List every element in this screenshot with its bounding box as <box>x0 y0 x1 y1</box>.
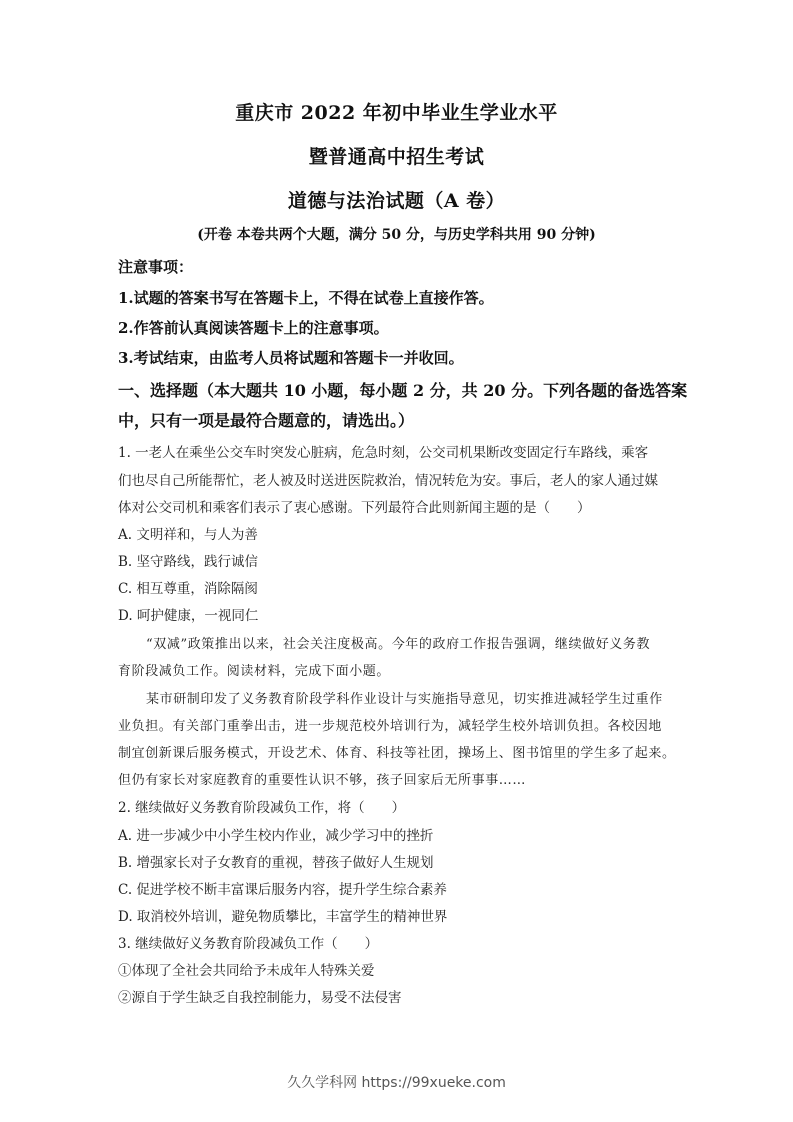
material-body: 但仍有家长对家庭教育的重要性认识不够，孩子回家后无所事事…… <box>118 769 678 788</box>
question-1-stem: 体对公交司机和乘客们表示了衷心感谢。下列最符合此则新闻主题的是（ ） <box>118 496 678 516</box>
footer-watermark: 久久学科网 https://99xueke.com <box>0 1072 793 1092</box>
exam-page: 重庆市 2022 年初中毕业生学业水平 暨普通高中招生考试 道德与法治试题（A … <box>0 0 793 1122</box>
material-body: 制宜创新课后服务模式，开设艺术、体育、科技等社团，操场上、图书馆里的学生多了起来… <box>118 742 678 761</box>
section-heading-cont: 中，只有一项是最符合题意的，请选出。） <box>118 408 678 431</box>
exam-note: (开卷 本卷共两个大题，满分 50 分，与历史学科共用 90 分钟) <box>0 224 793 244</box>
question-3-statement-1: ①体现了全社会共同给予未成年人特殊关爱 <box>118 959 678 979</box>
exam-subject-title: 道德与法治试题（A 卷） <box>0 186 793 213</box>
question-1-option-b: B. 坚守路线，践行诚信 <box>118 550 678 570</box>
material-body: 业负担。有关部门重拳出击，进一步规范校外培训行为，减轻学生校外培训负担。各校因地 <box>118 715 678 734</box>
exam-title-line-1: 重庆市 2022 年初中毕业生学业水平 <box>0 98 793 125</box>
notice-item: 1.试题的答案书写在答题卡上，不得在试卷上直接作答。 <box>118 287 678 308</box>
question-1-option-a: A. 文明祥和，与人为善 <box>118 523 678 543</box>
question-2-stem: 2. 继续做好义务教育阶段减负工作，将（ ） <box>118 796 678 816</box>
question-1-option-c: C. 相互尊重，消除隔阂 <box>118 577 678 597</box>
question-3-stem: 3. 继续做好义务教育阶段减负工作（ ） <box>118 932 678 952</box>
question-2-option-c: C. 促进学校不断丰富课后服务内容，提升学生综合素养 <box>118 878 678 898</box>
material-intro: 育阶段减负工作。阅读材料，完成下面小题。 <box>118 660 678 679</box>
material-body: 某市研制印发了义务教育阶段学科作业设计与实施指导意见，切实推进减轻学生过重作 <box>146 688 706 707</box>
question-1-option-d: D. 呵护健康，一视同仁 <box>118 604 678 624</box>
question-2-option-b: B. 增强家长对子女教育的重视，替孩子做好人生规划 <box>118 851 678 871</box>
question-3-statement-2: ②源自于学生缺乏自我控制能力，易受不法侵害 <box>118 986 678 1006</box>
question-1-stem: 1. 一老人在乘坐公交车时突发心脏病，危急时刻，公交司机果断改变固定行车路线，乘… <box>118 441 678 461</box>
material-intro: “双减”政策推出以来，社会关注度极高。今年的政府工作报告强调，继续做好义务教 <box>146 633 706 652</box>
question-2-option-d: D. 取消校外培训，避免物质攀比，丰富学生的精神世界 <box>118 905 678 925</box>
notice-item: 2.作答前认真阅读答题卡上的注意事项。 <box>118 317 678 338</box>
section-heading: 一、选择题（本大题共 10 小题，每小题 2 分，共 20 分。下列各题的备选答… <box>118 378 678 401</box>
question-2-option-a: A. 进一步减少中小学生校内作业，减少学习中的挫折 <box>118 824 678 844</box>
question-1-stem: 们也尽自己所能帮忙，老人被及时送进医院救治，情况转危为安。事后，老人的家人通过媒 <box>118 469 678 489</box>
notice-item: 3.考试结束，由监考人员将试题和答题卡一并收回。 <box>118 347 678 368</box>
notices-heading: 注意事项： <box>118 256 678 277</box>
exam-title-line-2: 暨普通高中招生考试 <box>0 142 793 169</box>
